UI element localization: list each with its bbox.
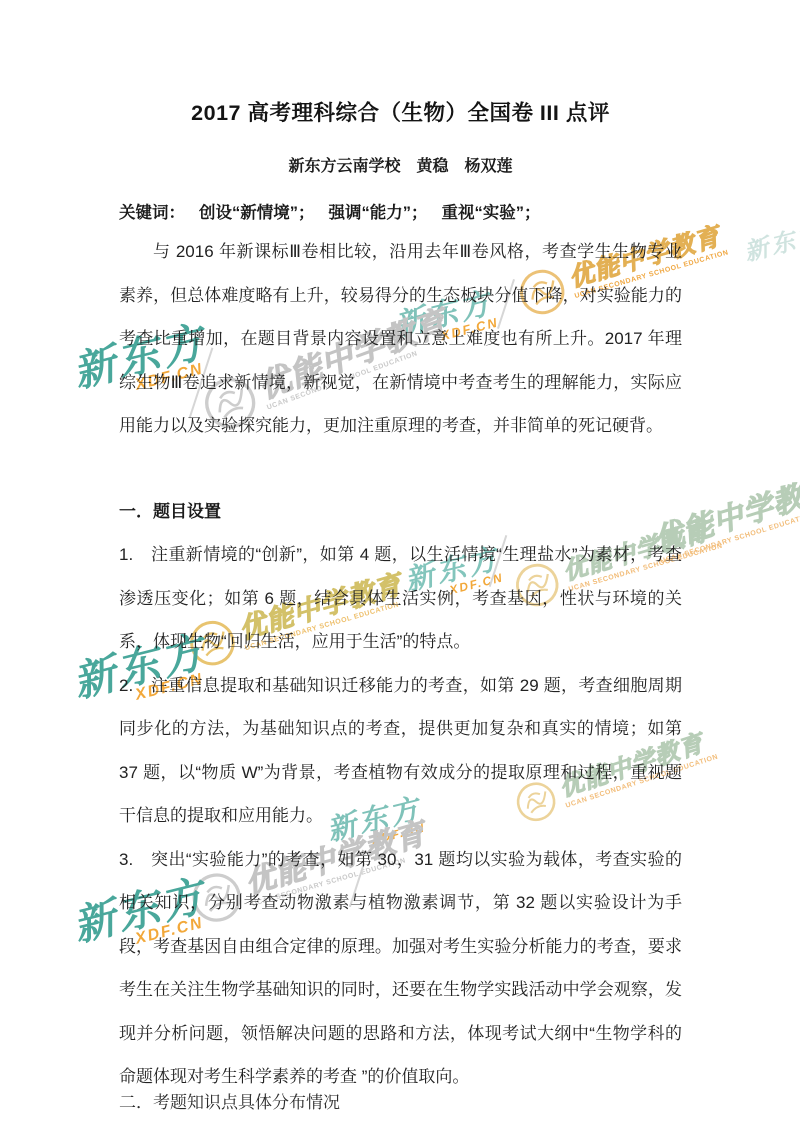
list-item-3: 3. 突出“实验能力”的考查，如第 30，31 题均以实验为载体，考查实验的相关… <box>119 838 682 1099</box>
keyword-item: 重视“实验”； <box>442 199 541 223</box>
page-title: 2017 高考理科综合（生物）全国卷 III 点评 <box>119 96 682 127</box>
list-item-2: 2. 注重信息提取和基础知识迁移能力的考查，如第 29 题，考查细胞周期同步化的… <box>119 664 682 838</box>
keyword-item: 强调“能力”； <box>329 199 428 223</box>
keywords-label: 关键词： <box>119 199 185 223</box>
keyword-item: 创设“新情境”； <box>199 199 315 223</box>
authors-line: 新东方云南学校 黄稳 杨双莲 <box>119 153 682 176</box>
watermark-xdf: 新东方 <box>742 223 800 266</box>
section-1-heading: 一．题目设置 <box>119 490 682 534</box>
document-page: 2017 高考理科综合（生物）全国卷 III 点评 新东方云南学校 黄稳 杨双莲… <box>119 0 682 1124</box>
list-item-1: 1. 注重新情境的“创新”，如第 4 题，以生活情境“生理盐水”为素材，考查渗透… <box>119 533 682 664</box>
intro-paragraph: 与 2016 年新课标Ⅲ卷相比较，沿用去年Ⅲ卷风格，考查学生生物专业素养，但总体… <box>119 230 682 448</box>
keywords-line: 关键词： 创设“新情境”； 强调“能力”； 重视“实验”； <box>119 199 682 223</box>
xdf-watermark-text: 新东方 <box>742 223 800 266</box>
